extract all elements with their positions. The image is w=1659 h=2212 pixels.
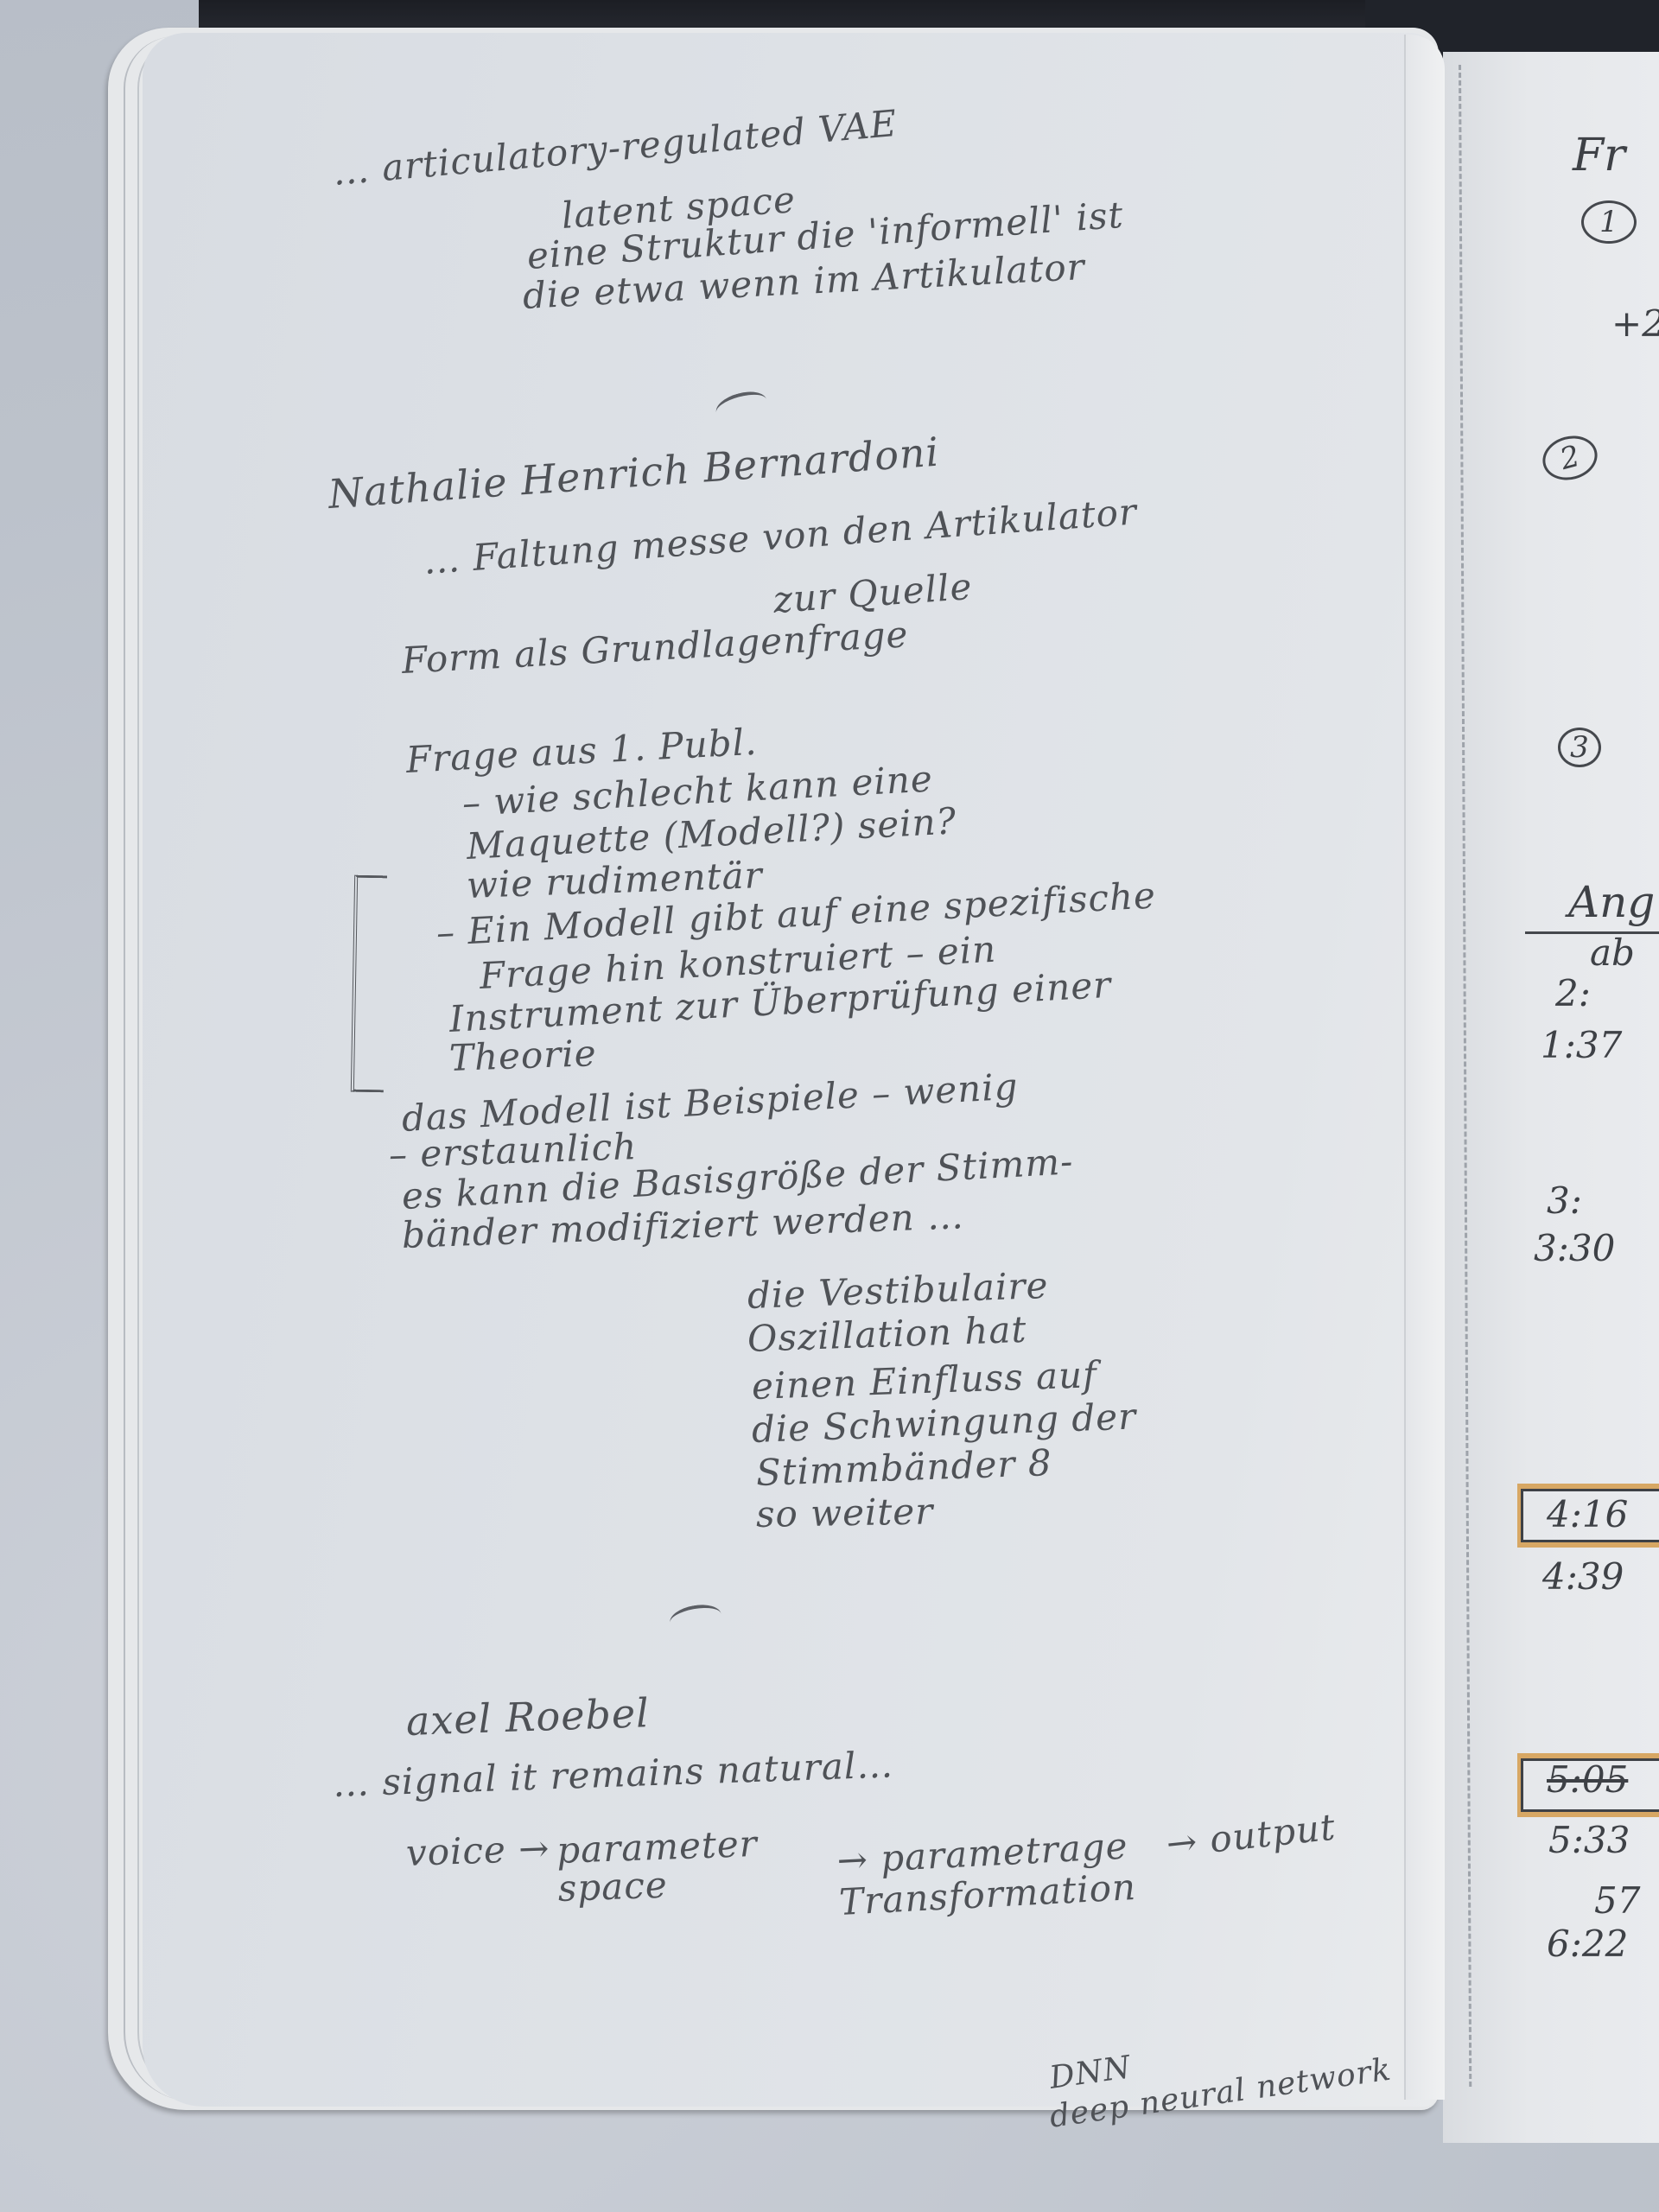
margin-bracket: [351, 875, 387, 1093]
right-page-text: +2: [1611, 302, 1659, 345]
right-page-heading: Fr: [1573, 130, 1625, 181]
time-entry: 3:30: [1534, 1227, 1615, 1269]
time-entry: 3:: [1547, 1179, 1582, 1222]
speaker-name: axel Roebel: [405, 1689, 651, 1745]
numbered-item-1: 1: [1581, 200, 1637, 244]
item-number: 2: [1556, 439, 1583, 477]
time-entry: 6:22: [1547, 1923, 1628, 1965]
boxed-heading: Ang: [1568, 877, 1655, 927]
flow-step: parameter space: [556, 1825, 757, 1908]
time-entry: 57: [1594, 1879, 1640, 1922]
flow-step: → parametrage Transformation: [836, 1824, 1160, 1923]
time-entry: 4:39: [1542, 1555, 1624, 1598]
item-number: 1: [1599, 205, 1618, 239]
time-entry: 5:33: [1548, 1819, 1630, 1861]
flow-step: voice →: [405, 1827, 550, 1874]
time-entry: 2:: [1555, 972, 1591, 1014]
note-line: so weiter: [756, 1490, 934, 1535]
sub-heading: ab: [1590, 931, 1635, 974]
time-entry-struck: 5:05: [1547, 1758, 1628, 1801]
note-line: Theorie: [448, 1032, 597, 1079]
page-curl: [1404, 35, 1445, 2100]
time-entry-highlighted: 4:16: [1547, 1493, 1628, 1535]
item-number: 3: [1570, 730, 1589, 765]
numbered-item-3: 3: [1558, 728, 1601, 767]
time-entry: 1:37: [1541, 1024, 1622, 1066]
